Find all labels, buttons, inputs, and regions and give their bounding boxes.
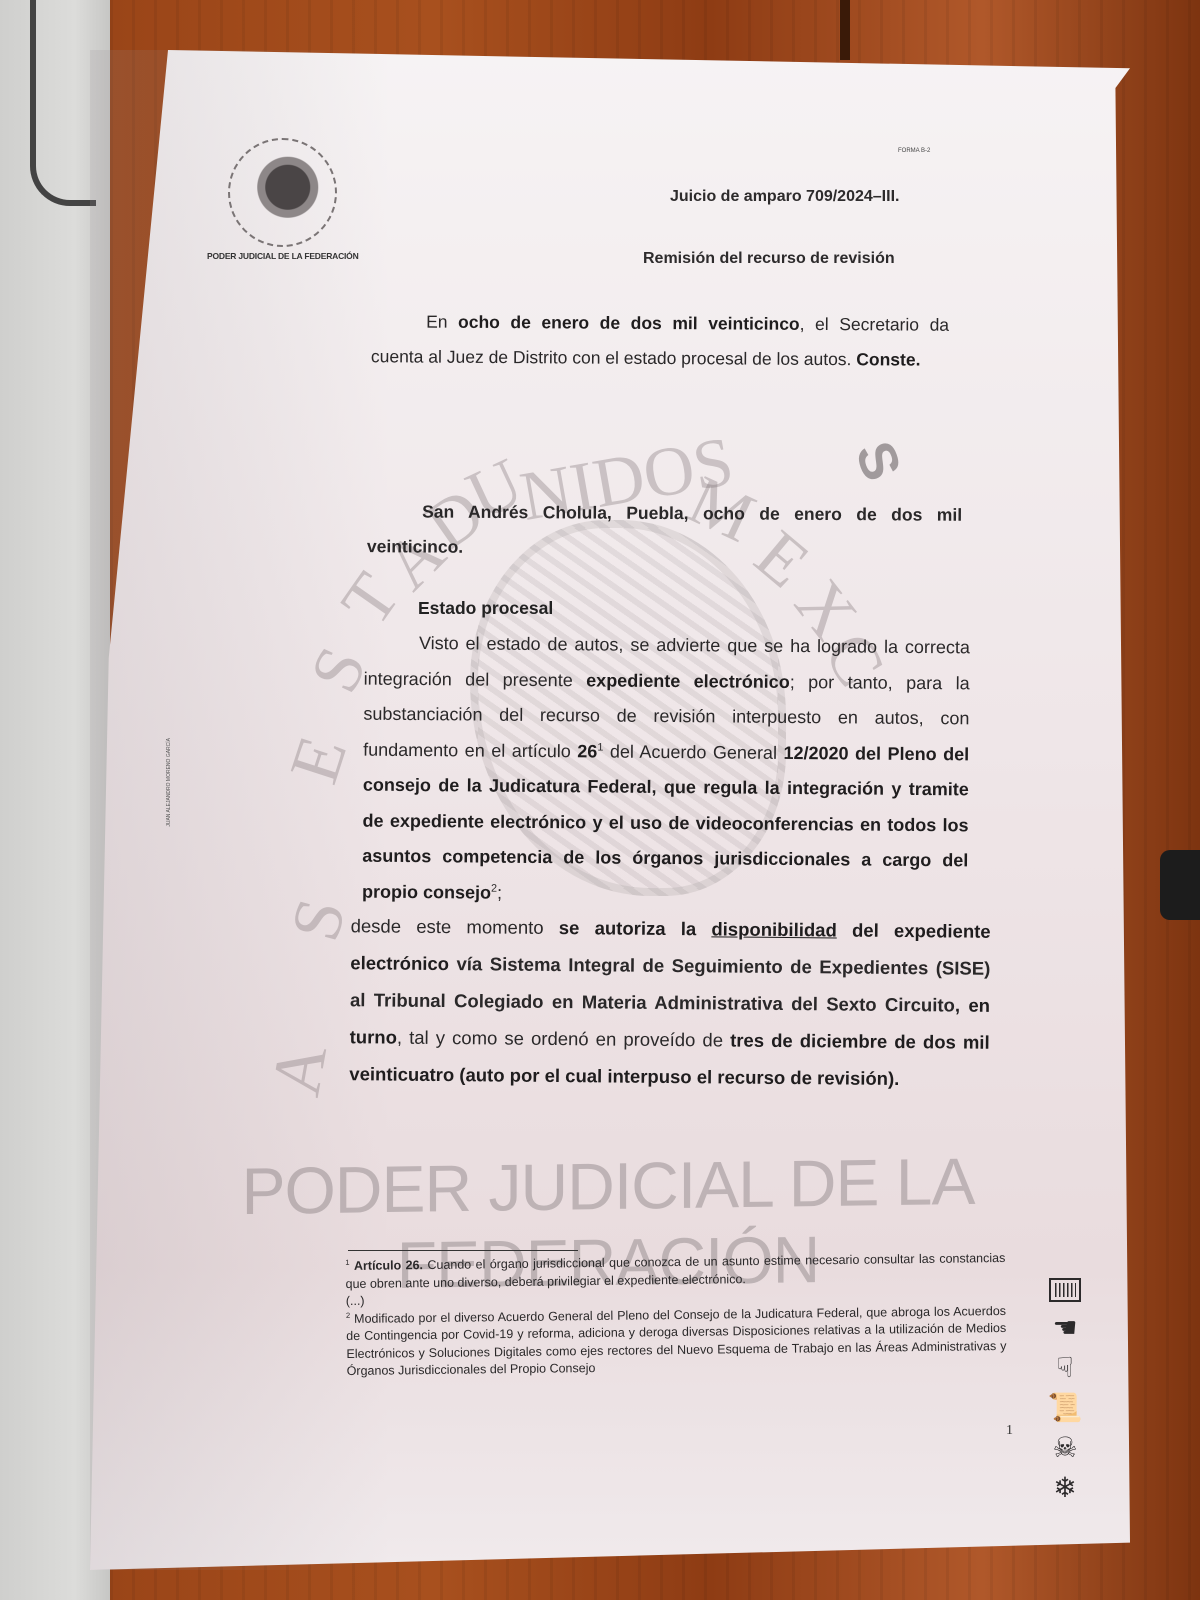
handling-icons: ☚ ☟ 📜 ☠ ❄ (1040, 1278, 1090, 1506)
footnotes: 1 Artículo 26. Cuando el órgano jurisdic… (345, 1250, 1006, 1381)
barcode-icon (1049, 1278, 1081, 1302)
text: , tal y como se ordenó en proveído de (397, 1027, 730, 1051)
hand-point-left-icon: ☚ (1052, 1310, 1077, 1346)
cable (30, 0, 96, 206)
text: En (426, 312, 458, 332)
text-bold: se autoriza la (559, 917, 712, 939)
page-number: 1 (1006, 1423, 1013, 1439)
institution-name: PODER JUDICIAL DE LA FEDERACIÓN (207, 251, 359, 261)
footnote-article: Artículo 26. (354, 1258, 423, 1273)
footnote-text: Cuando el órgano jurisdiccional que cono… (346, 1251, 1006, 1291)
paragraph-procedural-state: Visto el estado de autos, se advierte qu… (362, 626, 970, 915)
document-subject: Remisión del recurso de revisión (643, 250, 895, 268)
scroll-icon: 📜 (1048, 1390, 1083, 1426)
skull-crossbones-icon: ☠ (1052, 1430, 1077, 1466)
hand-point-down-icon: ☟ (1056, 1350, 1073, 1386)
paragraph-account: En ocho de enero de dos mil veinticinco,… (371, 304, 949, 377)
place-date: San Andrés Cholula, Puebla, ocho de ener… (367, 502, 962, 557)
paragraph-place-date: San Andrés Cholula, Puebla, ocho de ener… (367, 494, 962, 567)
text-bold: (auto por el cual interpuso el recurso d… (454, 1064, 899, 1089)
article-number: 26 (577, 741, 597, 761)
side-margin-text: JUAN ALEJANDRO MORENO GARCÍA (166, 738, 186, 827)
footnote-separator (348, 1250, 578, 1251)
text-bold: expediente electrónico (586, 670, 790, 692)
case-number: Juicio de amparo 709/2024–III. (670, 188, 899, 206)
text: desde este momento (351, 915, 559, 938)
text: ; (497, 882, 502, 902)
mexican-coat-of-arms-seal (228, 138, 337, 247)
text: del Acuerdo General (603, 741, 783, 762)
snowflake-icon: ❄ (1053, 1470, 1076, 1506)
footnote-number: 1 (345, 1258, 349, 1267)
agreement-title: 12/2020 del Pleno del consejo de la Judi… (362, 742, 969, 902)
footnote-text: Modificado por el diverso Acuerdo Genera… (346, 1303, 1006, 1378)
section-heading: Estado procesal (418, 598, 553, 619)
conste: Conste. (856, 349, 920, 369)
date-bold: ocho de enero de dos mil veinticinco (458, 312, 800, 334)
footnote-2: 2 Modificado por el diverso Acuerdo Gene… (346, 1302, 1007, 1380)
paragraph-authorization: desde este momento se autoriza la dispon… (349, 907, 991, 1098)
phone-edge (1160, 850, 1200, 920)
form-code: FORMA B-2 (898, 148, 930, 154)
table-crack (840, 0, 850, 60)
underlined-term: disponibilidad (711, 918, 837, 940)
